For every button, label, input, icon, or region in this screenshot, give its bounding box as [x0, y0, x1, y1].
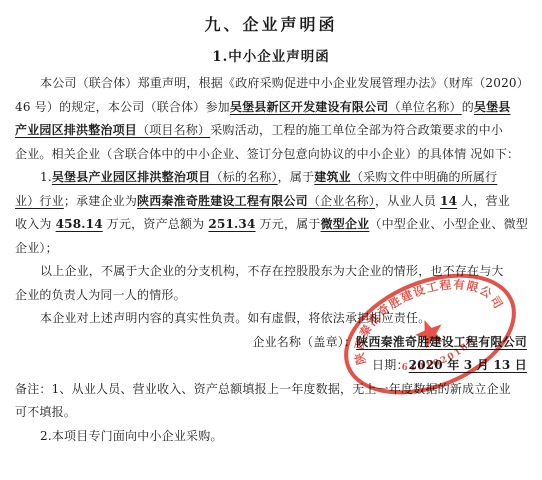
text-segment: （中型企业、小型企业、微型	[369, 217, 528, 231]
text-segment: ，属于	[278, 170, 315, 184]
text-line: 业）行业；承建企业为陕西秦淮奇胜建设工程有限公司（企业名称），从业人员 14 人…	[15, 190, 527, 214]
text-line: 可不填报。	[15, 401, 527, 425]
text-segment: 陕西秦淮奇胜建设工程有限公司	[356, 335, 527, 349]
text-segment: 以上企业，不属于大企业的分支机构，不存在控股股东为大企业的情形，也不存在与大	[40, 264, 504, 278]
text-segment: 万元，资产总额为	[103, 217, 209, 231]
text-segment: （单位名称）	[389, 100, 462, 114]
text-line: 1.吴堡县产业园区排洪整治项目（标的名称），属于建筑业（采购文件中明确的所属行	[15, 166, 527, 190]
declaration-document: 九、企业声明函 1.中小企业声明函 本公司（联合体）郑重声明，根据《政府采购促进…	[0, 0, 542, 480]
text-line: 企业的负责人为同一人的情形。	[15, 284, 527, 308]
text-segment: 吴堡县	[474, 100, 511, 114]
text-segment: 产业园区排洪整治项目	[15, 123, 137, 137]
text-segment: 的	[462, 100, 474, 114]
text-segment: 企业）；	[15, 241, 58, 255]
text-segment: 日期：	[372, 358, 409, 372]
text-segment: 业）行业	[15, 194, 64, 208]
text-segment: 14	[440, 194, 457, 208]
text-segment: 吴堡县新区开发建设有限公司	[230, 100, 389, 114]
text-segment: 本企业对上述声明内容的真实性负责。如有虚假，将依法承担相应责任。	[40, 311, 430, 325]
text-line: 以上企业，不属于大企业的分支机构，不存在控股股东为大企业的情形，也不存在与大	[15, 260, 527, 284]
text-segment: 人，营业	[457, 194, 510, 208]
text-segment: （标的名称）	[210, 170, 277, 184]
text-segment: 采购活动，工程的施工单位全部为符合政策要求的中小	[210, 123, 503, 137]
text-segment: （企业名称）	[308, 194, 375, 208]
text-segment: 企业的负责人为同一人的情形。	[15, 288, 186, 302]
text-segment: ；承建企业为	[64, 194, 137, 208]
text-line: 本公司（联合体）郑重声明，根据《政府采购促进中小企业发展管理办法》（财库（202…	[15, 72, 527, 96]
text-line: 本企业对上述声明内容的真实性负责。如有虚假，将依法承担相应责任。	[15, 307, 527, 331]
text-segment: 建筑业	[314, 170, 351, 184]
text-segment: 可不填报。	[15, 405, 76, 419]
text-line: 企业。相关企业（含联合体中的中小企业、签订分包意向协议的中小企业）的具体情 况如…	[15, 143, 527, 167]
text-segment: 本公司（联合体）郑重声明，根据《政府采购促进中小企业发展管理办法》（财库（202…	[40, 76, 529, 90]
text-line: 备注：1、从业人员、营业收入、资产总额填报上一年度数据，无上一年度数据的新成立企…	[15, 378, 527, 402]
text-segment: 收入为	[15, 217, 56, 231]
text-segment: 吴堡县产业园区排洪整治项目	[52, 170, 211, 184]
document-body: 本公司（联合体）郑重声明，根据《政府采购促进中小企业发展管理办法》（财库（202…	[15, 72, 527, 448]
text-segment: 458.14	[56, 217, 103, 231]
text-segment: 1.	[40, 170, 52, 184]
text-segment: （采购文件中明确的所属行	[351, 170, 497, 184]
text-segment: 陕西秦淮奇胜建设工程有限公司	[137, 194, 308, 208]
text-segment: 备注：1、从业人员、营业收入、资产总额填报上一年度数据，无上一年度数据的新成立企…	[15, 382, 511, 396]
text-segment: 251.34	[208, 217, 255, 231]
text-segment: 万元，属于	[256, 217, 321, 231]
text-line: 日期：2020 年 3 月 13 日	[15, 354, 527, 378]
text-line: 企业）；	[15, 237, 527, 261]
text-segment: 企业。相关企业（含联合体中的中小企业、签订分包意向协议的中小企业）的具体情 况如…	[15, 147, 519, 161]
text-segment: （项目名称）	[137, 123, 210, 137]
text-segment: 2.本项目专门面向中小企业采购。	[40, 429, 223, 443]
text-segment: 微型企业	[321, 217, 370, 231]
text-line: 46 号）的规定，本公司（联合体）参加吴堡县新区开发建设有限公司（单位名称）的吴…	[15, 96, 527, 120]
text-segment: 企业名称（盖章）：	[252, 335, 356, 349]
text-line: 企业名称（盖章）：陕西秦淮奇胜建设工程有限公司	[15, 331, 527, 355]
text-line: 2.本项目专门面向中小企业采购。	[15, 425, 527, 449]
text-segment: 2020 年 3 月 13 日	[409, 358, 527, 372]
text-line: 产业园区排洪整治项目（项目名称）采购活动，工程的施工单位全部为符合政策要求的中小	[15, 119, 527, 143]
text-segment: ，从业人员	[375, 194, 440, 208]
text-line: 收入为 458.14 万元，资产总额为 251.34 万元，属于微型企业（中型企…	[15, 213, 527, 237]
document-subtitle: 1.中小企业声明函	[0, 45, 542, 65]
document-title: 九、企业声明函	[0, 12, 542, 35]
text-segment: 46 号）的规定，本公司（联合体）参加	[15, 100, 230, 114]
